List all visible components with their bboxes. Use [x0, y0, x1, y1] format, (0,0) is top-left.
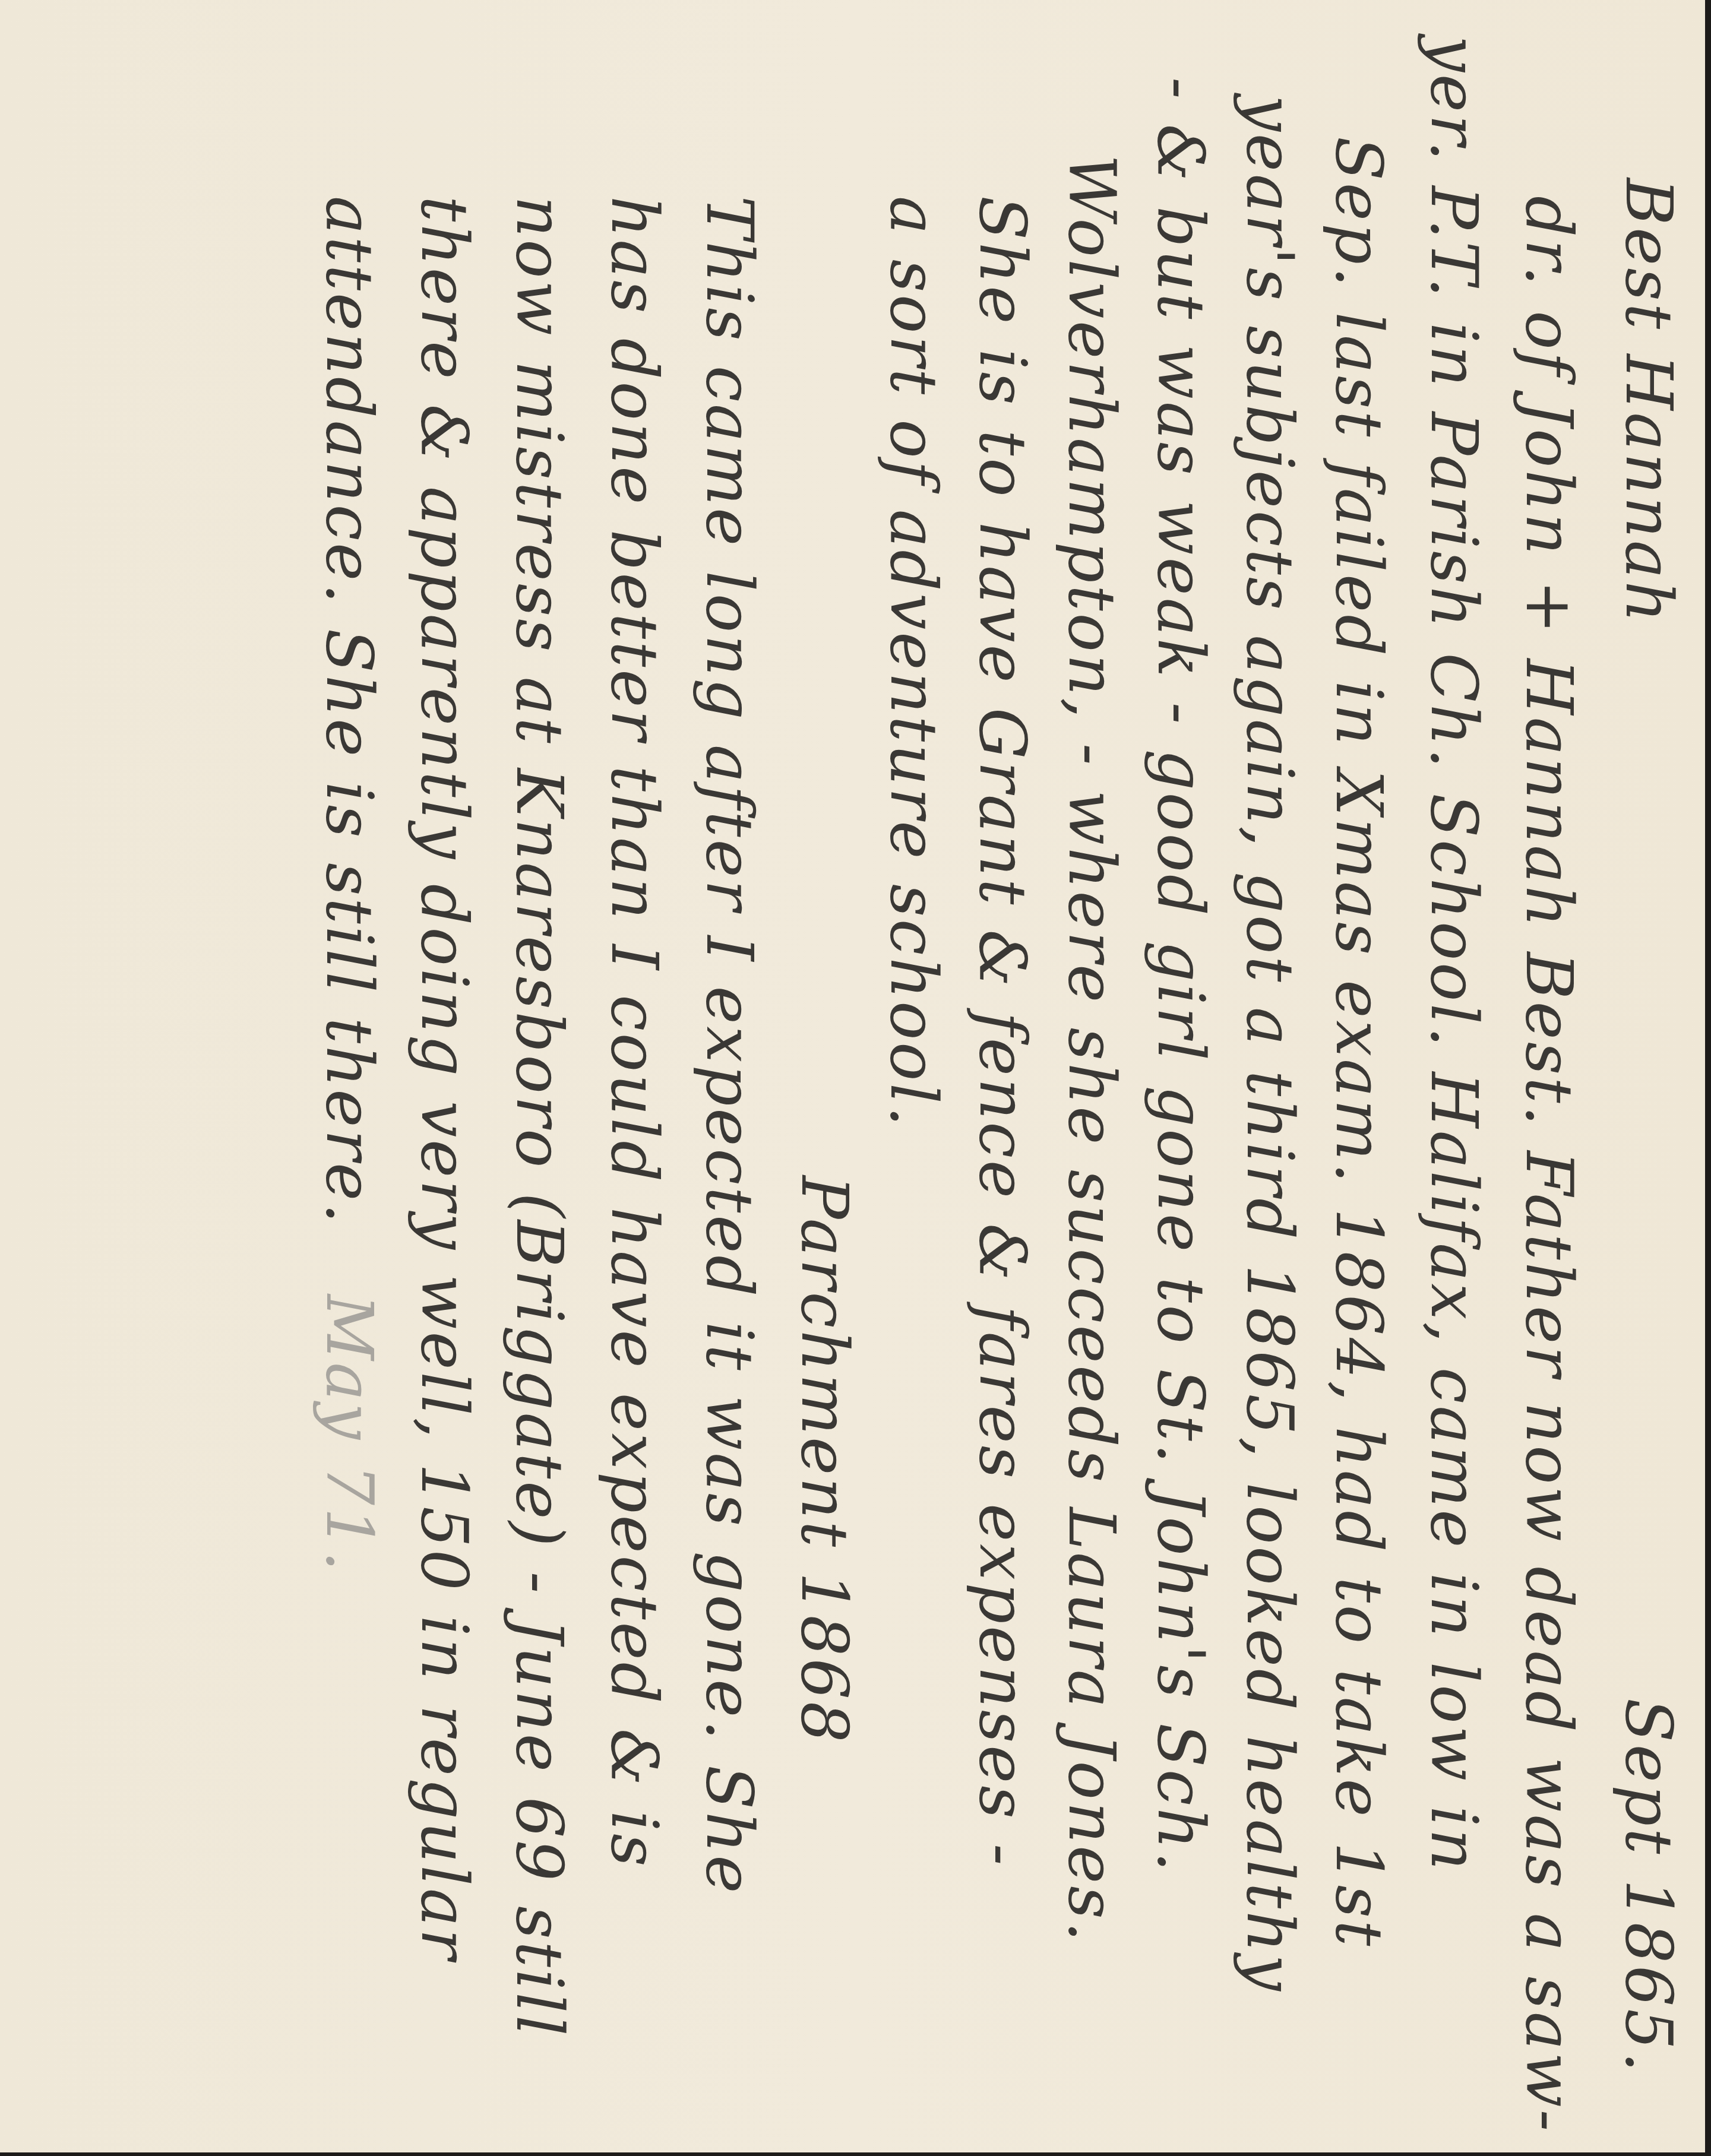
- page-edge-bottom: [0, 2152, 1711, 2156]
- parchment-heading: Parchment 1868: [774, 1176, 874, 1745]
- page-edge-right: [1705, 0, 1711, 2156]
- paragraph-1-line: dr. of John + Hannah Best. Father now de…: [1498, 196, 1598, 2133]
- paragraph-1-line: yer. P.T. in Parish Ch. School. Halifax,…: [1403, 36, 1503, 1873]
- paragraph-2-line: there & apparently doing very well, 150 …: [394, 196, 494, 1962]
- paragraph-1-line: - & but was weak - good girl gone to St.…: [1130, 77, 1230, 1874]
- paragraph-2-line: attendance. She is still there.: [299, 196, 399, 1226]
- paragraph-1-line: She is to have Grant & fence & fares exp…: [952, 196, 1052, 1867]
- date-annotation: May 71.: [299, 1294, 399, 1574]
- paragraph-1-line: a sort of adventure school.: [863, 196, 963, 1129]
- document-page: Best Hannah Sept 1865. dr. of John + Han…: [0, 0, 1711, 2156]
- paragraph-2-line: This came long after I expected it was g…: [679, 196, 779, 1895]
- rotated-text-block: Best Hannah Sept 1865. dr. of John + Han…: [0, 0, 1711, 2156]
- paragraph-2-line: now mistress at Knaresboro (Briggate) - …: [489, 196, 589, 2038]
- paragraph-1-line: Sep. last failed in Xmas exam. 1864, had…: [1308, 137, 1408, 1948]
- paragraph-1-line: Wolverhampton, - where she succeeds Laur…: [1041, 154, 1141, 1944]
- paragraph-2-line: has done better than I could have expect…: [584, 196, 684, 1869]
- entry-name: Best Hannah: [1598, 178, 1698, 625]
- paragraph-1-line: year's subjects again, got a third 1865,…: [1219, 95, 1319, 1993]
- entry-date: Sept 1865.: [1598, 1698, 1698, 2075]
